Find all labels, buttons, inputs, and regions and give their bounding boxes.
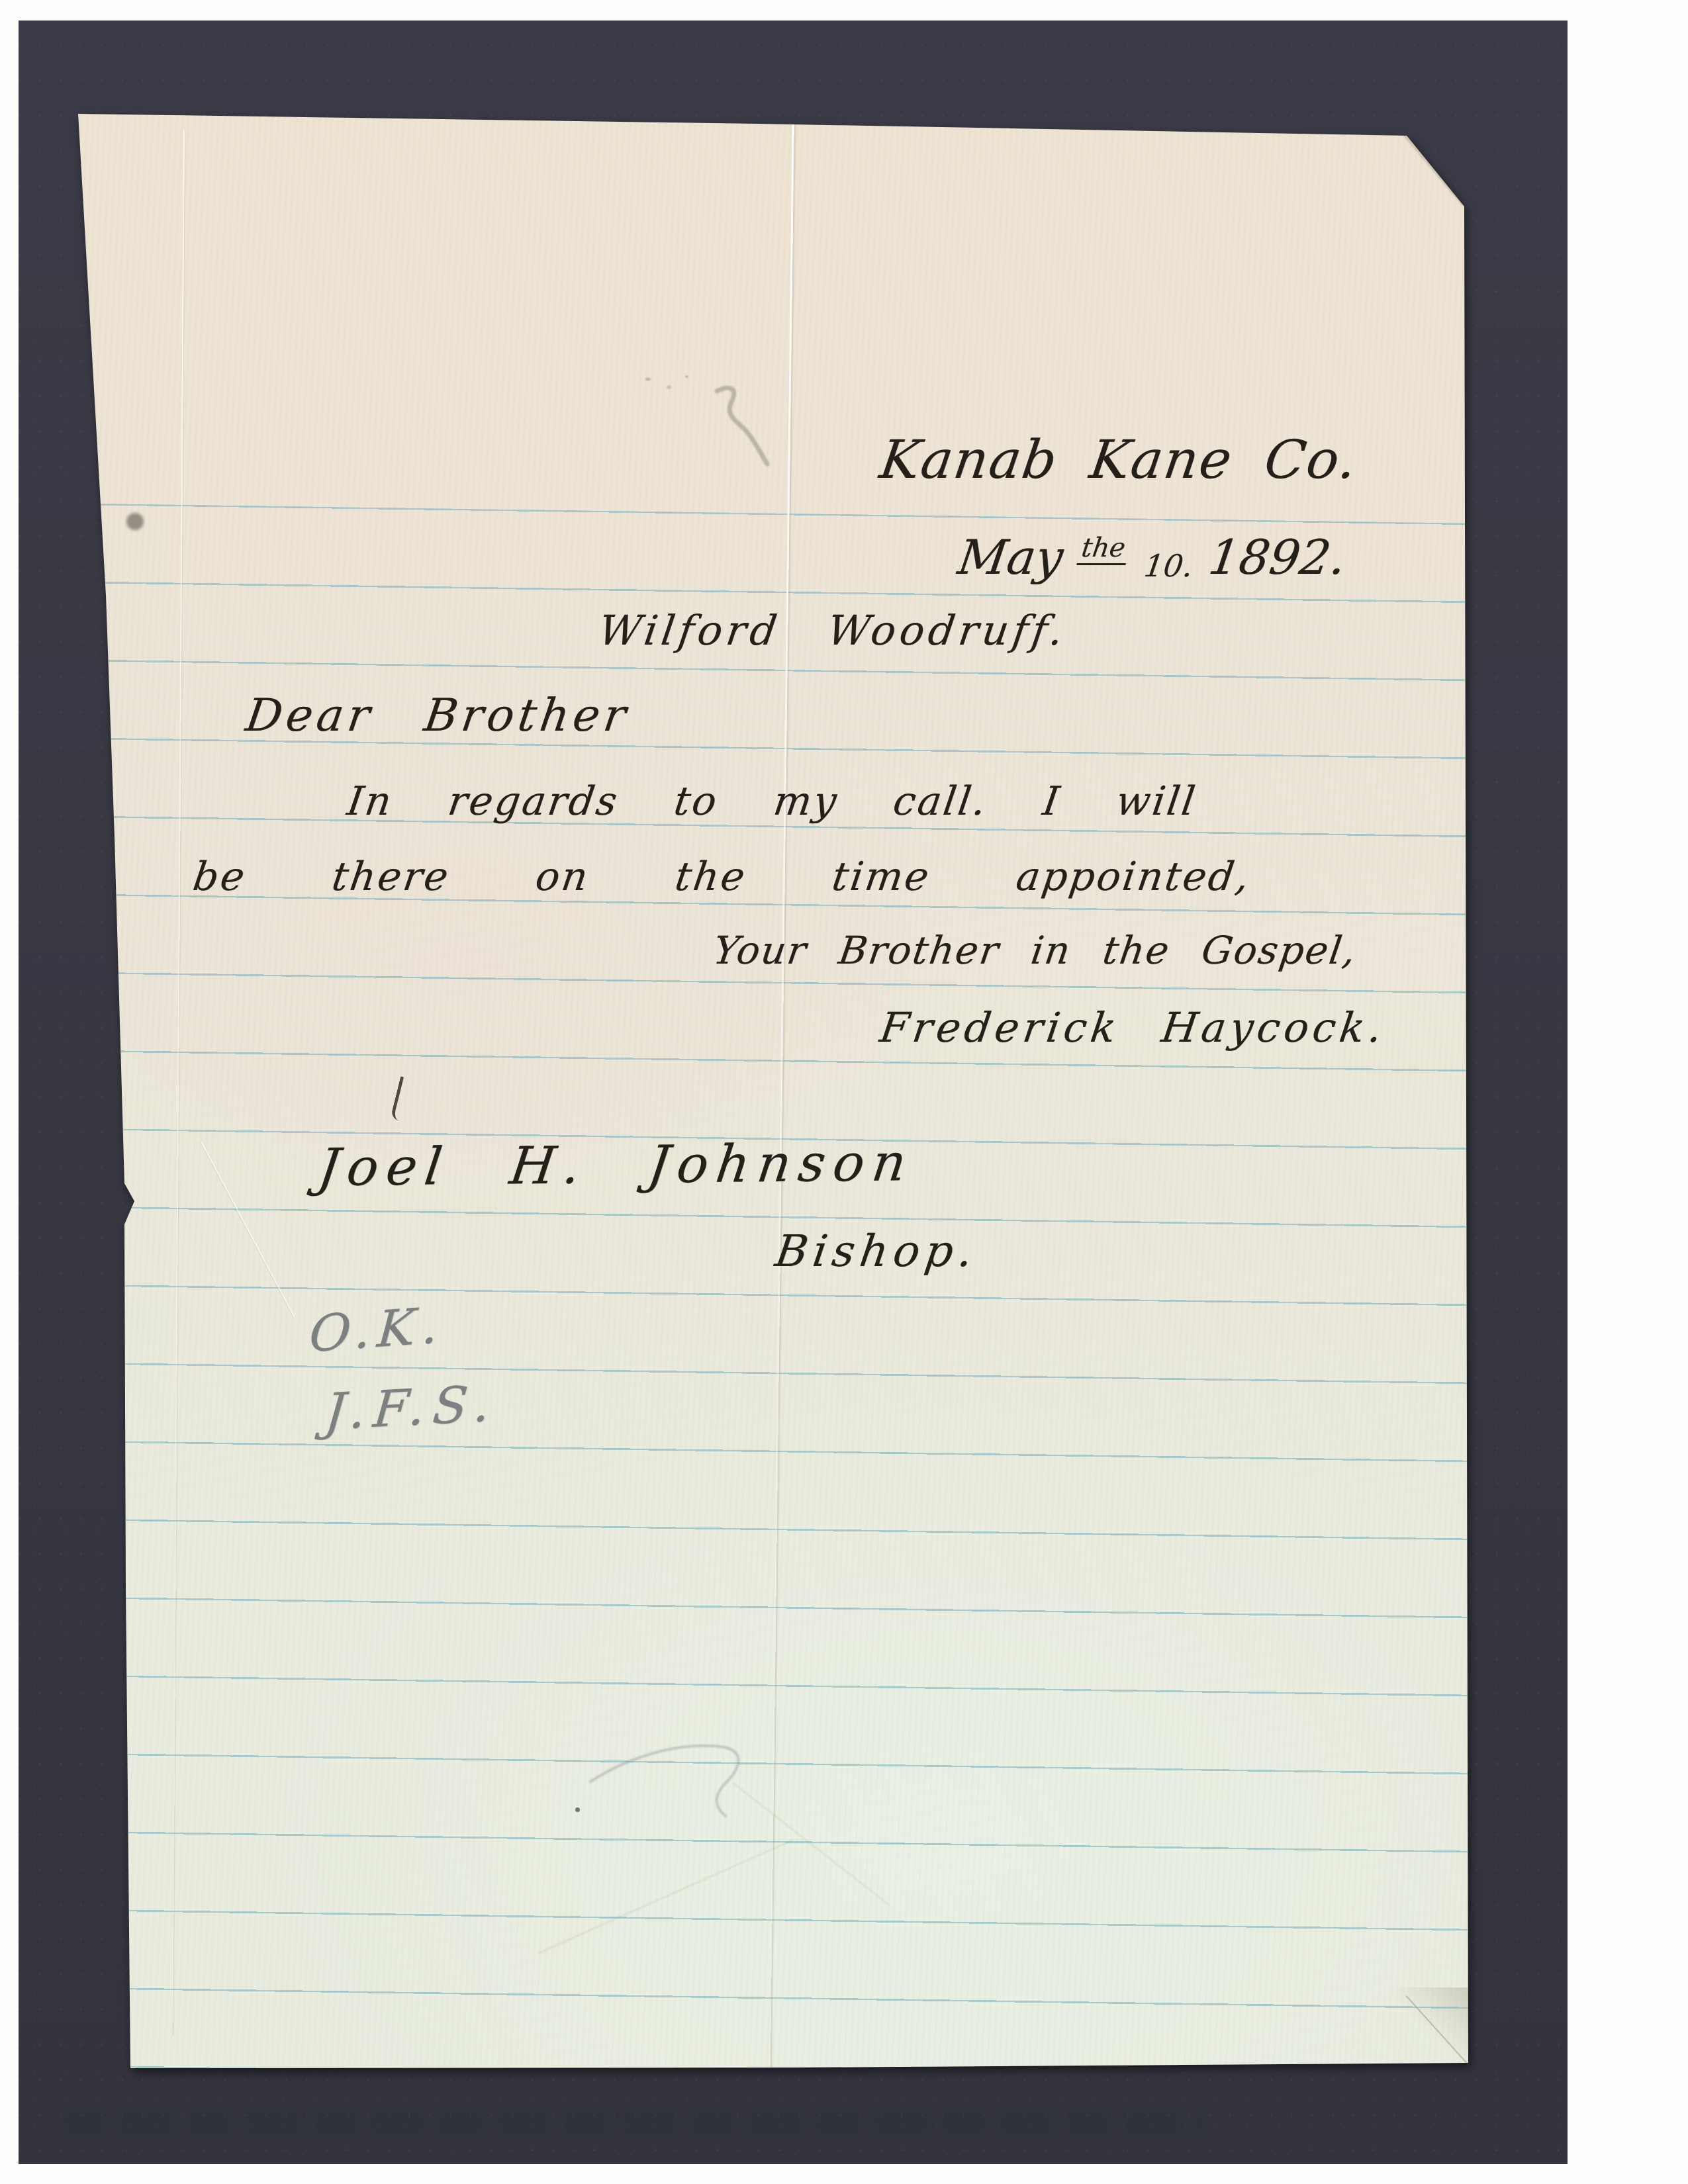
pencil-speck-cluster bbox=[636, 369, 696, 395]
approval-mark: O.K. bbox=[307, 1295, 447, 1363]
date-day: 10. bbox=[1138, 548, 1196, 584]
body-line-1: In regards to my call. I will bbox=[344, 778, 1199, 825]
date-year: 1892. bbox=[1205, 529, 1350, 585]
date-month: May bbox=[955, 529, 1066, 585]
letter-paper: Kanab Kane Co. May the 10. 1892. Wilford… bbox=[63, 109, 1473, 2071]
initials-mark: J.F.S. bbox=[322, 1373, 500, 1441]
edge-stain bbox=[126, 513, 144, 530]
endorsement-title: Bishop. bbox=[773, 1226, 982, 1277]
location-line: Kanab Kane Co. bbox=[876, 429, 1362, 490]
closing-line: Your Brother in the Gospel, bbox=[710, 928, 1360, 973]
pencil-smudge bbox=[698, 379, 784, 478]
pencil-scribble bbox=[583, 1718, 774, 1824]
salutation-line: Dear Brother bbox=[242, 690, 633, 742]
date-superscript: the bbox=[1077, 533, 1130, 565]
ink-speck bbox=[575, 1807, 580, 1812]
dog-ear-corner bbox=[1397, 1987, 1468, 2063]
scan-page: Kanab Kane Co. May the 10. 1892. Wilford… bbox=[0, 0, 1688, 2184]
date-line: May the 10. 1892. bbox=[955, 529, 1350, 585]
letter-paper-wrapper: Kanab Kane Co. May the 10. 1892. Wilford… bbox=[0, 0, 1688, 2184]
signature-line: Frederick Haycock. bbox=[877, 1003, 1389, 1052]
body-line-2: be there on the time appointed, bbox=[190, 854, 1254, 900]
recipient-line: Wilford Woodruff. bbox=[596, 606, 1070, 655]
endorsement-name: Joel H. Johnson bbox=[315, 1133, 918, 1198]
